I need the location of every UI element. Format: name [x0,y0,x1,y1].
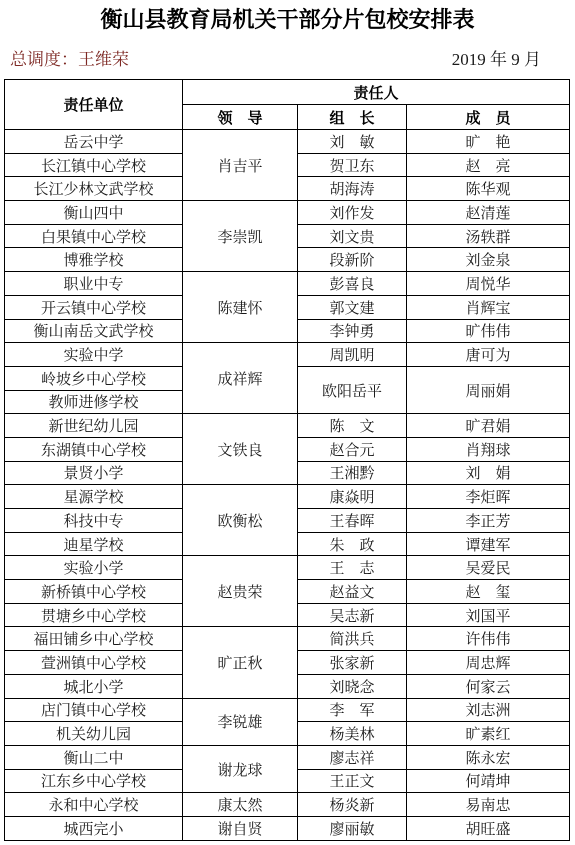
table-row: 新世纪幼儿园文铁良陈 文旷君娟 [5,414,570,438]
unit-cell: 岳云中学 [5,130,183,154]
unit-cell: 江东乡中心学校 [5,769,183,793]
dispatcher-name: 王维荣 [78,50,129,69]
table-row: 职业中专陈建怀彭喜良周悦华 [5,272,570,296]
member-cell: 许伟伟 [407,627,570,651]
group-leader-cell: 刘 敏 [298,130,407,154]
unit-cell: 迪星学校 [5,532,183,556]
member-cell: 吴爱民 [407,556,570,580]
member-cell: 旷素红 [407,722,570,746]
member-cell: 李炬晖 [407,485,570,509]
unit-cell: 东湖镇中心学校 [5,437,183,461]
unit-cell: 教师进修学校 [5,390,183,414]
group-leader-cell: 李钟勇 [298,319,407,343]
doc-date: 2019 年 9 月 [452,45,541,70]
unit-cell: 白果镇中心学校 [5,224,183,248]
meta-row: 总调度：王维荣 2019 年 9 月 [0,34,575,70]
unit-cell: 衡山四中 [5,201,183,225]
member-cell: 易南忠 [407,793,570,817]
header-unit: 责任单位 [5,80,183,130]
header-leader: 领 导 [183,105,298,130]
assignment-table-body: 岳云中学肖吉平刘 敏旷 艳长江镇中心学校贺卫东赵 亮长江少林文武学校胡海涛陈华观… [5,130,570,841]
leader-cell: 谢自贤 [183,816,298,840]
group-leader-cell: 胡海涛 [298,177,407,201]
unit-cell: 机关幼儿园 [5,722,183,746]
leader-cell: 肖吉平 [183,130,298,201]
unit-cell: 福田铺乡中心学校 [5,627,183,651]
table-row: 福田铺乡中心学校旷正秋简洪兵许伟伟 [5,627,570,651]
member-cell: 汤轶群 [407,224,570,248]
member-cell: 旷 艳 [407,130,570,154]
member-cell: 何靖坤 [407,769,570,793]
unit-cell: 城西完小 [5,816,183,840]
unit-cell: 实验中学 [5,343,183,367]
unit-cell: 永和中心学校 [5,793,183,817]
group-leader-cell: 欧阳岳平 [298,366,407,413]
header-person: 责任人 [183,80,570,105]
group-leader-cell: 刘晓念 [298,674,407,698]
leader-cell: 欧衡松 [183,485,298,556]
member-cell: 谭建军 [407,532,570,556]
unit-cell: 店门镇中心学校 [5,698,183,722]
member-cell: 刘志洲 [407,698,570,722]
dispatcher-line: 总调度：王维荣 [10,45,129,70]
leader-cell: 赵贵荣 [183,556,298,627]
member-cell: 陈永宏 [407,745,570,769]
unit-cell: 新世纪幼儿园 [5,414,183,438]
group-leader-cell: 廖志祥 [298,745,407,769]
group-leader-cell: 杨炎新 [298,793,407,817]
group-leader-cell: 郭文建 [298,295,407,319]
dispatcher-label: 总调度： [10,50,78,69]
group-leader-cell: 王 志 [298,556,407,580]
member-cell: 陈华观 [407,177,570,201]
unit-cell: 衡山二中 [5,745,183,769]
member-cell: 刘金泉 [407,248,570,272]
header-row-1: 责任单位 责任人 [5,80,570,105]
leader-cell: 文铁良 [183,414,298,485]
group-leader-cell: 刘作发 [298,201,407,225]
unit-cell: 长江镇中心学校 [5,153,183,177]
group-leader-cell: 朱 政 [298,532,407,556]
page-title: 衡山县教育局机关干部分片包校安排表 [0,0,575,34]
member-cell: 肖辉宝 [407,295,570,319]
assignment-table: 责任单位 责任人 领 导 组 长 成 员 岳云中学肖吉平刘 敏旷 艳长江镇中心学… [4,79,570,841]
unit-cell: 萱洲镇中心学校 [5,651,183,675]
unit-cell: 岭坡乡中心学校 [5,366,183,390]
unit-cell: 长江少林文武学校 [5,177,183,201]
group-leader-cell: 赵合元 [298,437,407,461]
header-group-leader: 组 长 [298,105,407,130]
group-leader-cell: 王湘黔 [298,461,407,485]
unit-cell: 贯塘乡中心学校 [5,603,183,627]
group-leader-cell: 王春晖 [298,509,407,533]
group-leader-cell: 杨美林 [298,722,407,746]
group-leader-cell: 赵益文 [298,580,407,604]
unit-cell: 实验小学 [5,556,183,580]
leader-cell: 康太然 [183,793,298,817]
leader-cell: 旷正秋 [183,627,298,698]
unit-cell: 博雅学校 [5,248,183,272]
group-leader-cell: 康焱明 [298,485,407,509]
member-cell: 刘国平 [407,603,570,627]
group-leader-cell: 李 军 [298,698,407,722]
table-row: 城西完小谢自贤廖丽敏胡旺盛 [5,816,570,840]
leader-cell: 成祥辉 [183,343,298,414]
member-cell: 周忠辉 [407,651,570,675]
table-row: 衡山二中谢龙球廖志祥陈永宏 [5,745,570,769]
unit-cell: 新桥镇中心学校 [5,580,183,604]
table-row: 衡山四中李崇凯刘作发赵清莲 [5,201,570,225]
group-leader-cell: 彭喜良 [298,272,407,296]
unit-cell: 科技中专 [5,509,183,533]
assignment-table-header: 责任单位 责任人 领 导 组 长 成 员 [5,80,570,130]
unit-cell: 星源学校 [5,485,183,509]
group-leader-cell: 王正文 [298,769,407,793]
group-leader-cell: 段新阶 [298,248,407,272]
member-cell: 胡旺盛 [407,816,570,840]
leader-cell: 谢龙球 [183,745,298,792]
leader-cell: 李锐雄 [183,698,298,745]
header-member: 成 员 [407,105,570,130]
group-leader-cell: 吴志新 [298,603,407,627]
group-leader-cell: 张家新 [298,651,407,675]
unit-cell: 城北小学 [5,674,183,698]
table-row: 实验中学成祥辉周凯明唐可为 [5,343,570,367]
unit-cell: 衡山南岳文武学校 [5,319,183,343]
leader-cell: 李崇凯 [183,201,298,272]
table-row: 实验小学赵贵荣王 志吴爱民 [5,556,570,580]
member-cell: 周悦华 [407,272,570,296]
member-cell: 唐可为 [407,343,570,367]
table-row: 永和中心学校康太然杨炎新易南忠 [5,793,570,817]
member-cell: 肖翔球 [407,437,570,461]
member-cell: 刘 娟 [407,461,570,485]
unit-cell: 开云镇中心学校 [5,295,183,319]
member-cell: 赵 亮 [407,153,570,177]
table-row: 店门镇中心学校李锐雄李 军刘志洲 [5,698,570,722]
member-cell: 旷伟伟 [407,319,570,343]
table-row: 岳云中学肖吉平刘 敏旷 艳 [5,130,570,154]
table-row: 星源学校欧衡松康焱明李炬晖 [5,485,570,509]
group-leader-cell: 周凯明 [298,343,407,367]
group-leader-cell: 廖丽敏 [298,816,407,840]
member-cell: 旷君娟 [407,414,570,438]
unit-cell: 职业中专 [5,272,183,296]
unit-cell: 景贤小学 [5,461,183,485]
leader-cell: 陈建怀 [183,272,298,343]
member-cell: 赵 玺 [407,580,570,604]
member-cell: 何家云 [407,674,570,698]
member-cell: 李正芳 [407,509,570,533]
group-leader-cell: 简洪兵 [298,627,407,651]
member-cell: 赵清莲 [407,201,570,225]
group-leader-cell: 陈 文 [298,414,407,438]
group-leader-cell: 刘文贵 [298,224,407,248]
group-leader-cell: 贺卫东 [298,153,407,177]
member-cell: 周丽娟 [407,366,570,413]
